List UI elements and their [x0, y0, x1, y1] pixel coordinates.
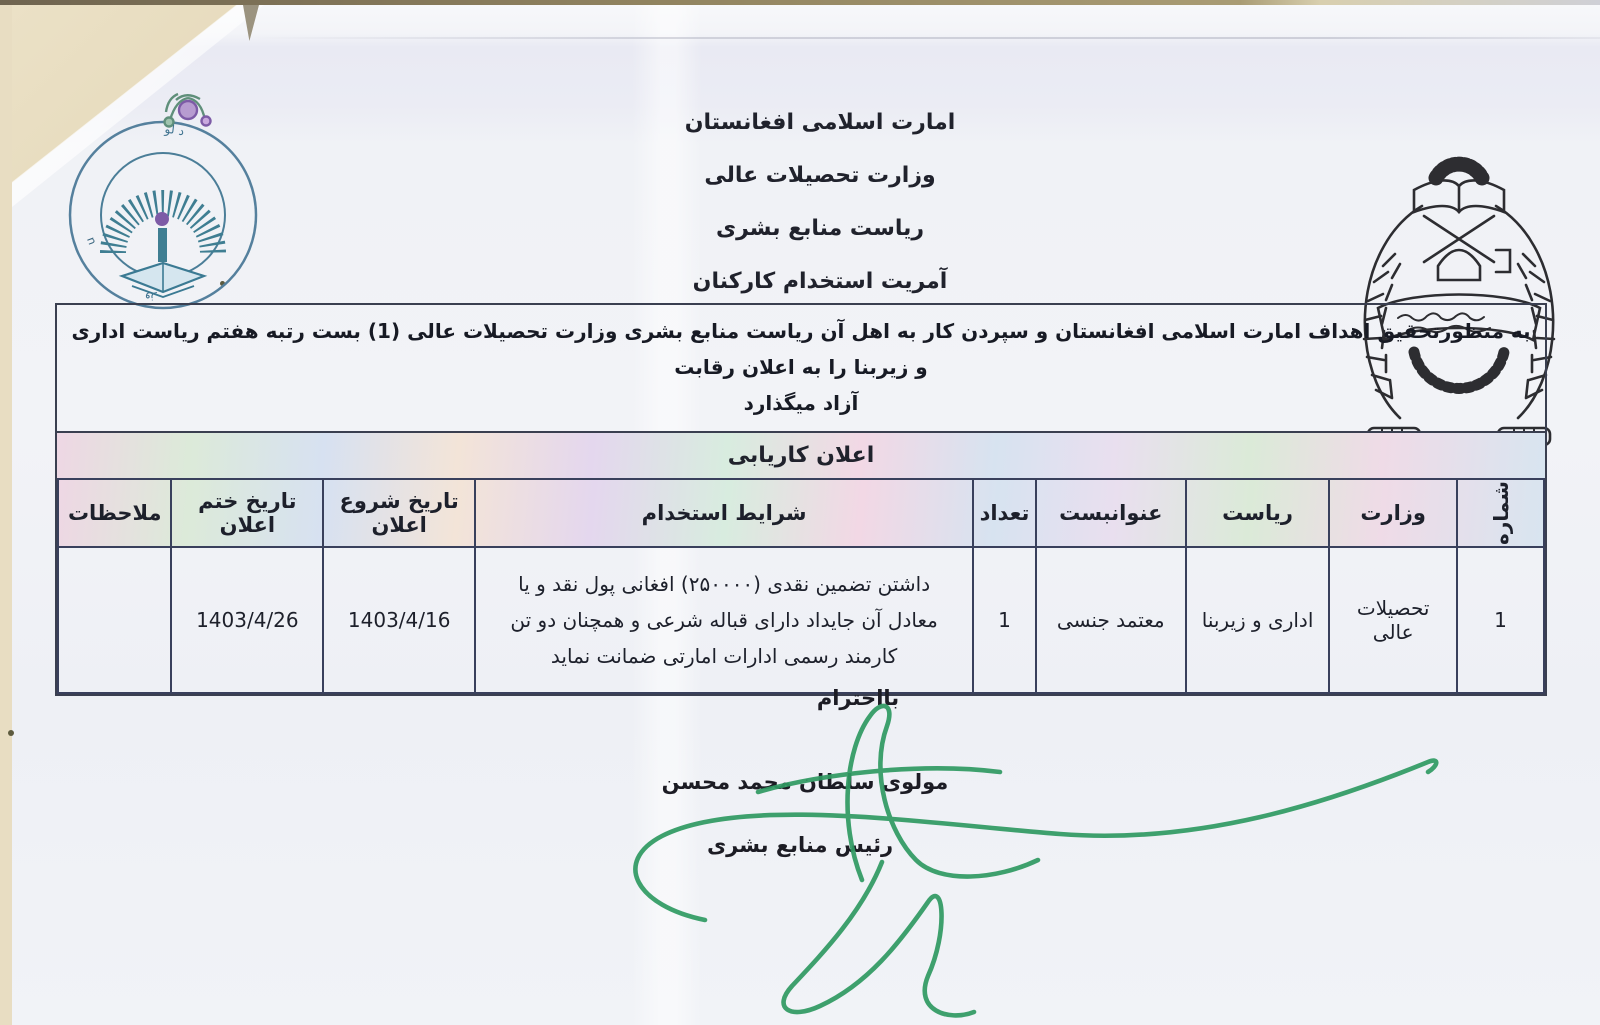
- cell-end-date: 1403/4/26: [171, 547, 323, 693]
- intro-paragraph: به منظورتحقیق اهداف امارت اسلامی افغانست…: [57, 305, 1545, 431]
- letterhead: امارت اسلامی افغانستان وزارت تحصیلات عال…: [20, 96, 1600, 308]
- cell-directorate: اداری و زیربنا: [1186, 547, 1330, 693]
- cell-count: 1: [973, 547, 1036, 693]
- signatory-name: مولوی سلطان محمد محسن: [655, 770, 955, 794]
- letterhead-line-ministry: وزارت تحصیلات عالی: [20, 149, 1600, 202]
- cell-remarks: [58, 547, 171, 693]
- signatory-title: رئیس منابع بشری: [690, 833, 910, 857]
- col-header-end-date: تاریخ ختم اعلان: [171, 479, 323, 547]
- table-header-row: شماره وزارت ریاست عنوانبست تعداد شرایط ا…: [58, 479, 1544, 547]
- col-header-directorate: ریاست: [1186, 479, 1330, 547]
- cell-position: معتمد جنسی: [1036, 547, 1186, 693]
- col-header-number: شماره: [1457, 479, 1544, 547]
- col-header-conditions: شرایط استخدام: [475, 479, 973, 547]
- paper-crease-line: [250, 37, 1600, 39]
- letterhead-line-recruitment: آمریت استخدام کارکنان: [20, 255, 1600, 308]
- salutation: بااحترام: [0, 686, 1600, 710]
- cell-start-date: 1403/4/16: [323, 547, 475, 693]
- letterhead-line-hr-directorate: ریاست منابع بشری: [20, 202, 1600, 255]
- vacancy-table: شماره وزارت ریاست عنوانبست تعداد شرایط ا…: [57, 478, 1545, 694]
- col-header-position: عنوانبست: [1036, 479, 1186, 547]
- scanned-document-page: { "colors": { "scan_background": "#e8ddc…: [0, 0, 1600, 1025]
- col-header-count: تعداد: [973, 479, 1036, 547]
- announcement-frame: به منظورتحقیق اهداف امارت اسلامی افغانست…: [55, 303, 1547, 696]
- cell-conditions: داشتن تضمین نقدی (۲۵۰۰۰۰) افغانی پول نقد…: [475, 547, 973, 693]
- letterhead-line-emirate: امارت اسلامی افغانستان: [20, 96, 1600, 149]
- cell-ministry: تحصیلات عالی: [1329, 547, 1457, 693]
- scan-top-edge: [0, 0, 1600, 5]
- vacancy-row: 1 تحصیلات عالی اداری و زیربنا معتمد جنسی…: [58, 547, 1544, 693]
- col-header-remarks: ملاحظات: [58, 479, 171, 547]
- col-header-start-date: تاریخ شروع اعلان: [323, 479, 475, 547]
- scan-speck: [8, 730, 14, 736]
- job-announcement-banner: اعلان کاریابی: [57, 431, 1545, 478]
- col-header-ministry: وزارت: [1329, 479, 1457, 547]
- cell-number: 1: [1457, 547, 1544, 693]
